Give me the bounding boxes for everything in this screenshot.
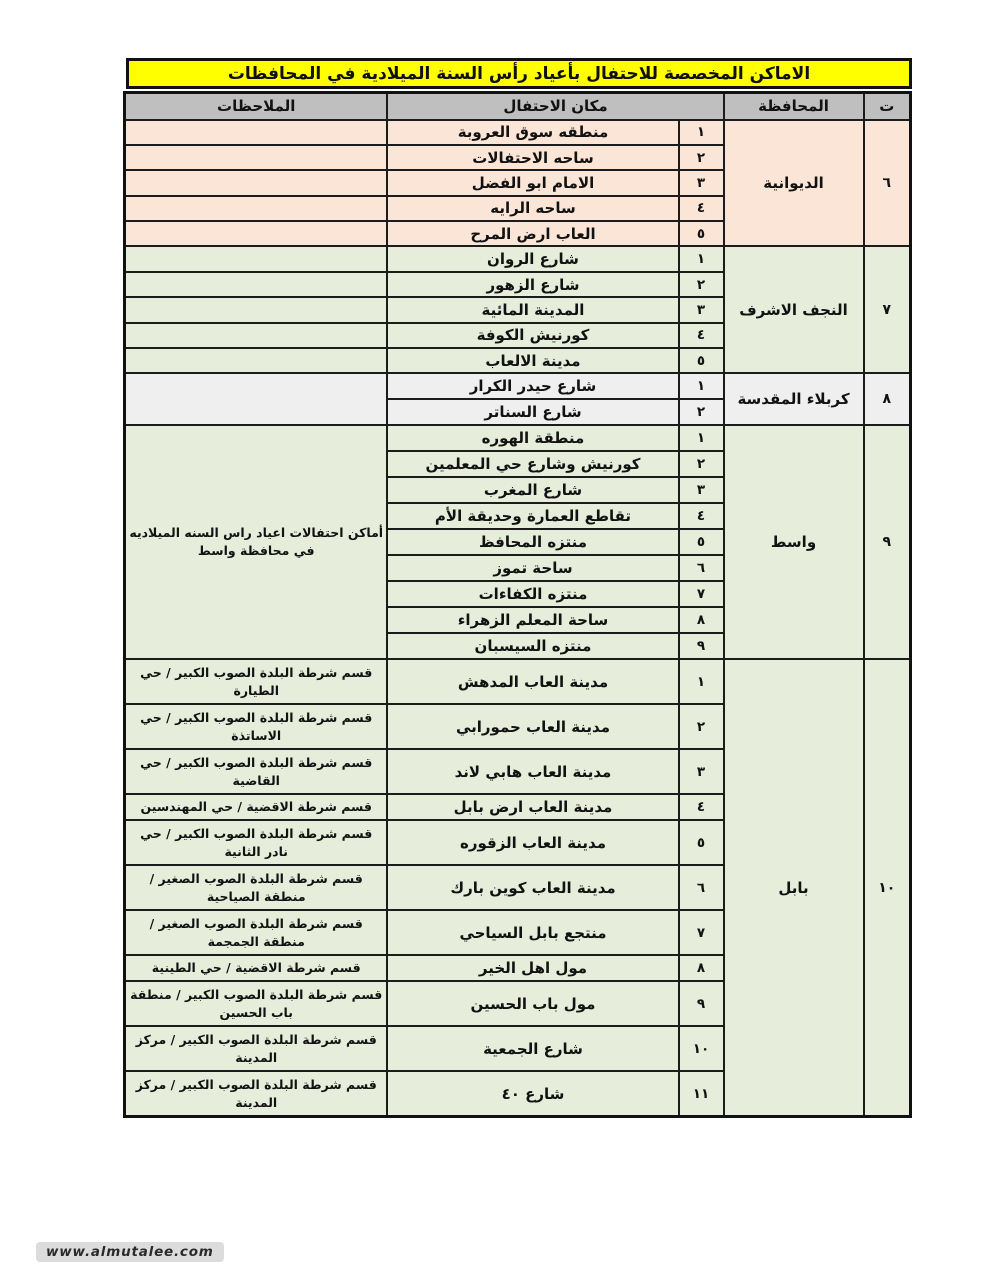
notes-cell (124, 221, 387, 246)
governorate-cell: الديوانية (724, 120, 864, 247)
place-name-cell: مدينة العاب كوين بارك (387, 865, 678, 910)
place-number-cell: ٧ (679, 910, 724, 955)
notes-cell: قسم شرطة البلدة الصوب الكبير / حي الطيار… (124, 659, 387, 704)
place-name-cell: مدينة الالعاب (387, 348, 678, 373)
header-notes: الملاحظات (124, 93, 387, 120)
place-number-cell: ٢ (679, 704, 724, 749)
place-name-cell: تقاطع العمارة وحديقة الأم (387, 503, 678, 529)
serial-cell: ١٠ (864, 659, 911, 1116)
place-number-cell: ١٠ (679, 1026, 724, 1071)
place-number-cell: ١ (679, 425, 724, 451)
notes-cell: قسم شرطة البلدة الصوب الكبير / منطقة باب… (124, 981, 387, 1026)
place-number-cell: ٨ (679, 955, 724, 981)
header-celebration-place: مكان الاحتفال (387, 93, 723, 120)
place-number-cell: ٢ (679, 145, 724, 170)
page: { "title": "الاماكن المخصصة للاحتفال بأع… (0, 0, 988, 1280)
celebration-places-table: ت المحافظة مكان الاحتفال الملاحظات ٦الدي… (123, 91, 912, 1118)
governorate-cell: بابل (724, 659, 864, 1116)
place-name-cell: كورنيش الكوفة (387, 323, 678, 348)
place-name-cell: شارع الزهور (387, 272, 678, 297)
notes-cell: قسم شرطة البلدة الصوب الصغير / منطقة الص… (124, 865, 387, 910)
place-name-cell: العاب ارض المرح (387, 221, 678, 246)
place-number-cell: ٣ (679, 297, 724, 322)
place-name-cell: منتزه الكفاءات (387, 581, 678, 607)
place-name-cell: ساحه الرايه (387, 196, 678, 221)
notes-cell (124, 120, 387, 145)
notes-cell: قسم شرطة البلدة الصوب الكبير / حي القاضي… (124, 749, 387, 794)
place-number-cell: ١ (679, 373, 724, 399)
serial-cell: ٦ (864, 120, 911, 247)
place-name-cell: شارع السناتر (387, 399, 678, 425)
place-name-cell: مدينة العاب ارض بابل (387, 794, 678, 820)
notes-cell (124, 348, 387, 373)
place-name-cell: منتجع بابل السياحي (387, 910, 678, 955)
place-name-cell: منطقة الهوره (387, 425, 678, 451)
place-number-cell: ١ (679, 120, 724, 145)
place-number-cell: ٤ (679, 503, 724, 529)
governorate-cell: كربلاء المقدسة (724, 373, 864, 425)
page-title: الاماكن المخصصة للاحتفال بأعياد رأس السن… (126, 58, 912, 89)
place-name-cell: منتزه المحافظ (387, 529, 678, 555)
place-name-cell: شارع الجمعية (387, 1026, 678, 1071)
place-name-cell: شارع ٤٠ (387, 1071, 678, 1116)
place-number-cell: ١ (679, 659, 724, 704)
notes-cell: قسم شرطة البلدة الصوب الصغير / منطقة الج… (124, 910, 387, 955)
table-row: ٨كربلاء المقدسة١شارع حيدر الكرار (124, 373, 910, 399)
place-name-cell: شارع الروان (387, 246, 678, 271)
place-number-cell: ٥ (679, 820, 724, 865)
place-number-cell: ٣ (679, 749, 724, 794)
notes-cell: قسم شرطة البلدة الصوب الكبير / مركز المد… (124, 1071, 387, 1116)
place-number-cell: ٥ (679, 529, 724, 555)
place-name-cell: ساحة تموز (387, 555, 678, 581)
notes-cell (124, 272, 387, 297)
notes-cell (124, 246, 387, 271)
place-number-cell: ٣ (679, 477, 724, 503)
serial-cell: ٧ (864, 246, 911, 373)
place-number-cell: ٩ (679, 633, 724, 659)
governorate-cell: واسط (724, 425, 864, 659)
place-name-cell: شارع حيدر الكرار (387, 373, 678, 399)
notes-cell: قسم شرطة الاقضية / حي الطينية (124, 955, 387, 981)
notes-cell (124, 145, 387, 170)
place-number-cell: ٤ (679, 794, 724, 820)
place-number-cell: ١١ (679, 1071, 724, 1116)
header-serial: ت (864, 93, 911, 120)
notes-cell (124, 323, 387, 348)
serial-cell: ٨ (864, 373, 911, 425)
place-number-cell: ٦ (679, 555, 724, 581)
place-name-cell: ساحة المعلم الزهراء (387, 607, 678, 633)
table-row: ٧النجف الاشرف١شارع الروان (124, 246, 910, 271)
place-name-cell: المدينة المائية (387, 297, 678, 322)
place-number-cell: ٦ (679, 865, 724, 910)
table-row: ٩واسط١منطقة الهورهأماكن احتفالات اعياد ر… (124, 425, 910, 451)
place-name-cell: كورنيش وشارع حي المعلمين (387, 451, 678, 477)
place-name-cell: شارع المغرب (387, 477, 678, 503)
place-number-cell: ٥ (679, 348, 724, 373)
place-number-cell: ٢ (679, 399, 724, 425)
notes-cell (124, 373, 387, 425)
notes-cell: قسم شرطة الاقضية / حي المهندسين (124, 794, 387, 820)
place-number-cell: ٢ (679, 451, 724, 477)
place-name-cell: مدينة العاب حمورابي (387, 704, 678, 749)
scanned-table-sheet: الاماكن المخصصة للاحتفال بأعياد رأس السن… (126, 58, 912, 1118)
table-header-row: ت المحافظة مكان الاحتفال الملاحظات (124, 93, 910, 120)
notes-cell: قسم شرطة البلدة الصوب الكبير / حي الاسات… (124, 704, 387, 749)
governorate-cell: النجف الاشرف (724, 246, 864, 373)
place-name-cell: منتزه السيسبان (387, 633, 678, 659)
table-row: ٦الديوانية١منطقه سوق العروبة (124, 120, 910, 145)
notes-cell: قسم شرطة البلدة الصوب الكبير / حي نادر ا… (124, 820, 387, 865)
notes-cell: قسم شرطة البلدة الصوب الكبير / مركز المد… (124, 1026, 387, 1071)
place-name-cell: الامام ابو الفضل (387, 170, 678, 195)
place-name-cell: مول باب الحسين (387, 981, 678, 1026)
place-number-cell: ٥ (679, 221, 724, 246)
place-name-cell: مول اهل الخير (387, 955, 678, 981)
table-row: ١٠بابل١مدينة العاب المدهشقسم شرطة البلدة… (124, 659, 910, 704)
notes-cell (124, 196, 387, 221)
place-name-cell: مدينة العاب الزقوره (387, 820, 678, 865)
place-number-cell: ٤ (679, 323, 724, 348)
notes-cell (124, 297, 387, 322)
notes-cell (124, 170, 387, 195)
place-number-cell: ٨ (679, 607, 724, 633)
place-number-cell: ٧ (679, 581, 724, 607)
place-name-cell: مدينة العاب المدهش (387, 659, 678, 704)
place-name-cell: ساحه الاحتفالات (387, 145, 678, 170)
header-governorate: المحافظة (724, 93, 864, 120)
place-name-cell: مدينة العاب هابي لاند (387, 749, 678, 794)
places-table-body: ٦الديوانية١منطقه سوق العروبة٢ساحه الاحتف… (124, 120, 910, 1117)
serial-cell: ٩ (864, 425, 911, 659)
place-number-cell: ٣ (679, 170, 724, 195)
place-number-cell: ١ (679, 246, 724, 271)
place-number-cell: ٢ (679, 272, 724, 297)
site-watermark: www.almutalee.com (36, 1242, 224, 1262)
place-number-cell: ٤ (679, 196, 724, 221)
notes-cell: أماكن احتفالات اعياد راس السنه الميلاديه… (124, 425, 387, 659)
place-name-cell: منطقه سوق العروبة (387, 120, 678, 145)
place-number-cell: ٩ (679, 981, 724, 1026)
